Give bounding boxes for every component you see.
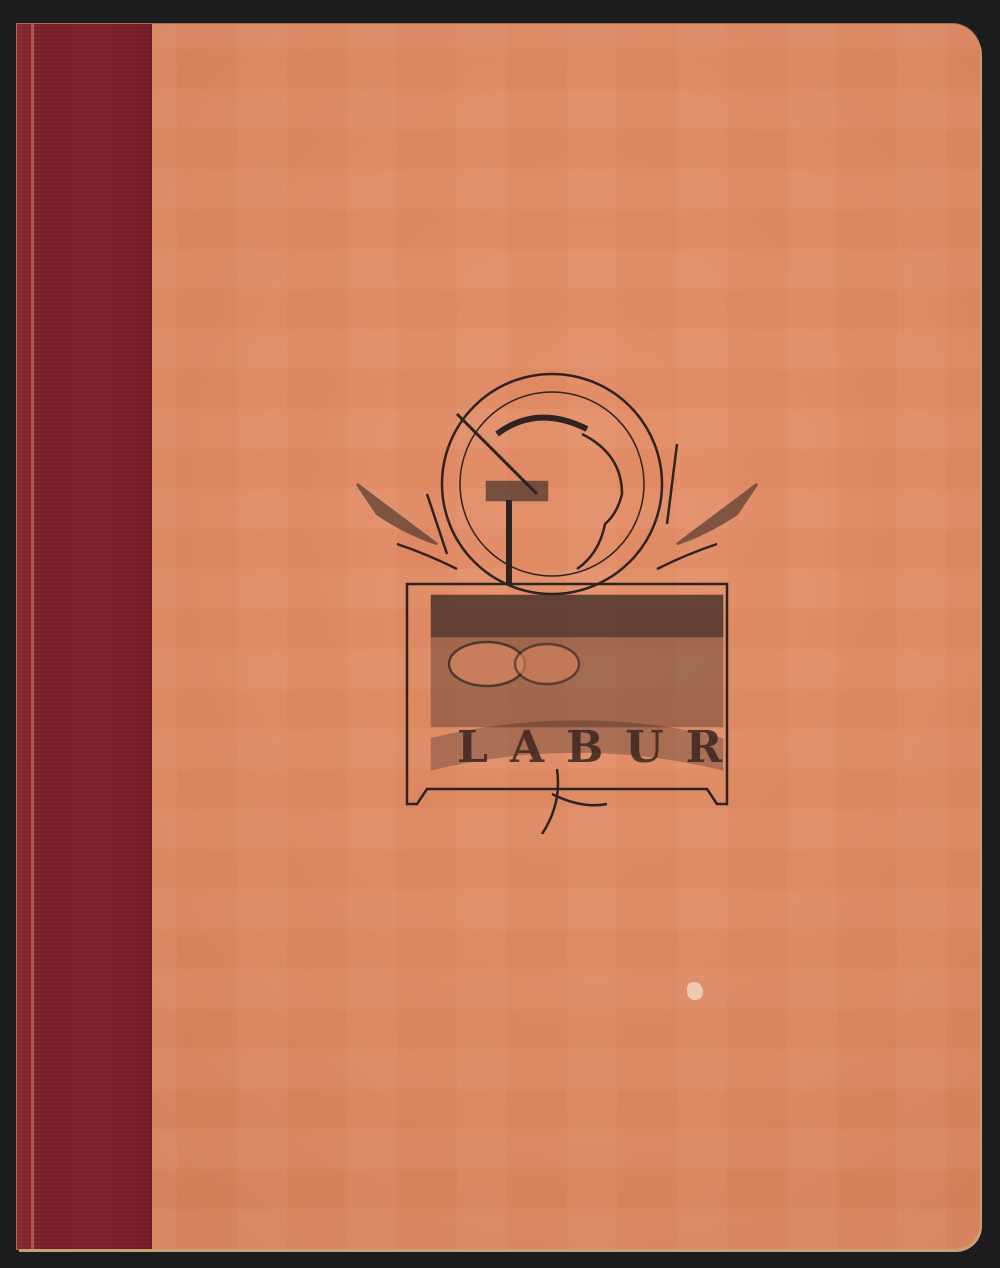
paper-stain <box>687 982 703 1000</box>
book-cover: LABUR <box>17 24 980 1249</box>
emblem-title: LABUR <box>457 722 677 773</box>
book-spine <box>17 24 152 1249</box>
